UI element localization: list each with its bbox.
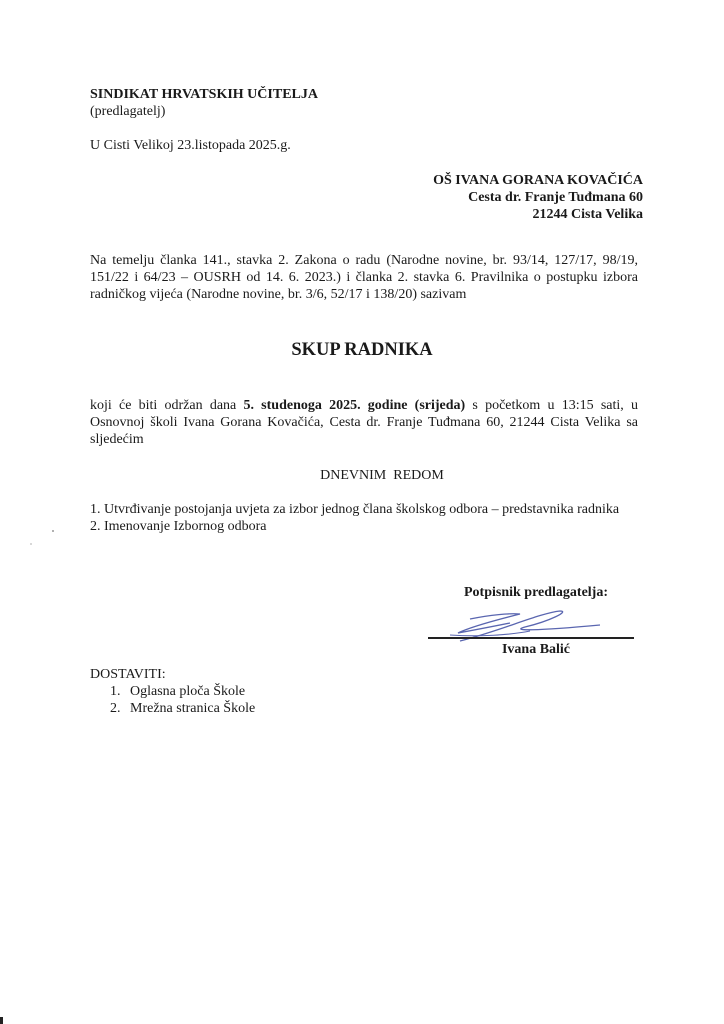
meeting-details-paragraph: koji će biti održan dana 5. studenoga 20… bbox=[90, 397, 638, 448]
recipient-city: 21244 Cista Velika bbox=[433, 206, 643, 223]
delivery-list: 1.Oglasna ploča Škole 2.Mrežna stranica … bbox=[110, 683, 255, 717]
delivery-item: 1.Oglasna ploča Škole bbox=[110, 683, 255, 700]
signature-area bbox=[420, 601, 634, 643]
sender-role: (predlagatelj) bbox=[90, 103, 165, 120]
document-title: SKUP RADNIKA bbox=[0, 342, 724, 359]
meeting-text-before: koji će biti održan dana bbox=[90, 398, 243, 413]
agenda-item: 2. Imenovanje Izbornog odbora bbox=[90, 518, 619, 535]
legal-basis-paragraph: Na temelju članka 141., stavka 2. Zakona… bbox=[90, 252, 638, 303]
handwritten-signature-icon bbox=[440, 605, 620, 649]
agenda-item: 1. Utvrđivanje postojanja uvjeta za izbo… bbox=[90, 501, 619, 518]
delivery-item: 2.Mrežna stranica Škole bbox=[110, 700, 255, 717]
meeting-date: 5. studenoga 2025. godine (srijeda) bbox=[243, 398, 465, 413]
agenda-title: DNEVNIM REDOM bbox=[0, 467, 724, 484]
scan-mark bbox=[0, 1017, 3, 1024]
agenda-list: 1. Utvrđivanje postojanja uvjeta za izbo… bbox=[90, 501, 619, 535]
signature-line bbox=[428, 637, 634, 639]
recipient-street: Cesta dr. Franje Tuđmana 60 bbox=[433, 189, 643, 206]
signature-block: Potpisnik predlagatelja: Ivana Balić bbox=[420, 584, 634, 658]
place-date: U Cisti Velikoj 23.listopada 2025.g. bbox=[90, 137, 291, 154]
recipient-name: OŠ IVANA GORANA KOVAČIĆA bbox=[433, 172, 643, 189]
scan-speck bbox=[30, 543, 32, 545]
sender-name: SINDIKAT HRVATSKIH UČITELJA bbox=[90, 86, 318, 103]
signature-label: Potpisnik predlagatelja: bbox=[420, 584, 634, 601]
scan-speck bbox=[52, 530, 54, 532]
recipient-address: OŠ IVANA GORANA KOVAČIĆA Cesta dr. Franj… bbox=[433, 172, 643, 223]
delivery-title: DOSTAVITI: bbox=[90, 666, 166, 683]
